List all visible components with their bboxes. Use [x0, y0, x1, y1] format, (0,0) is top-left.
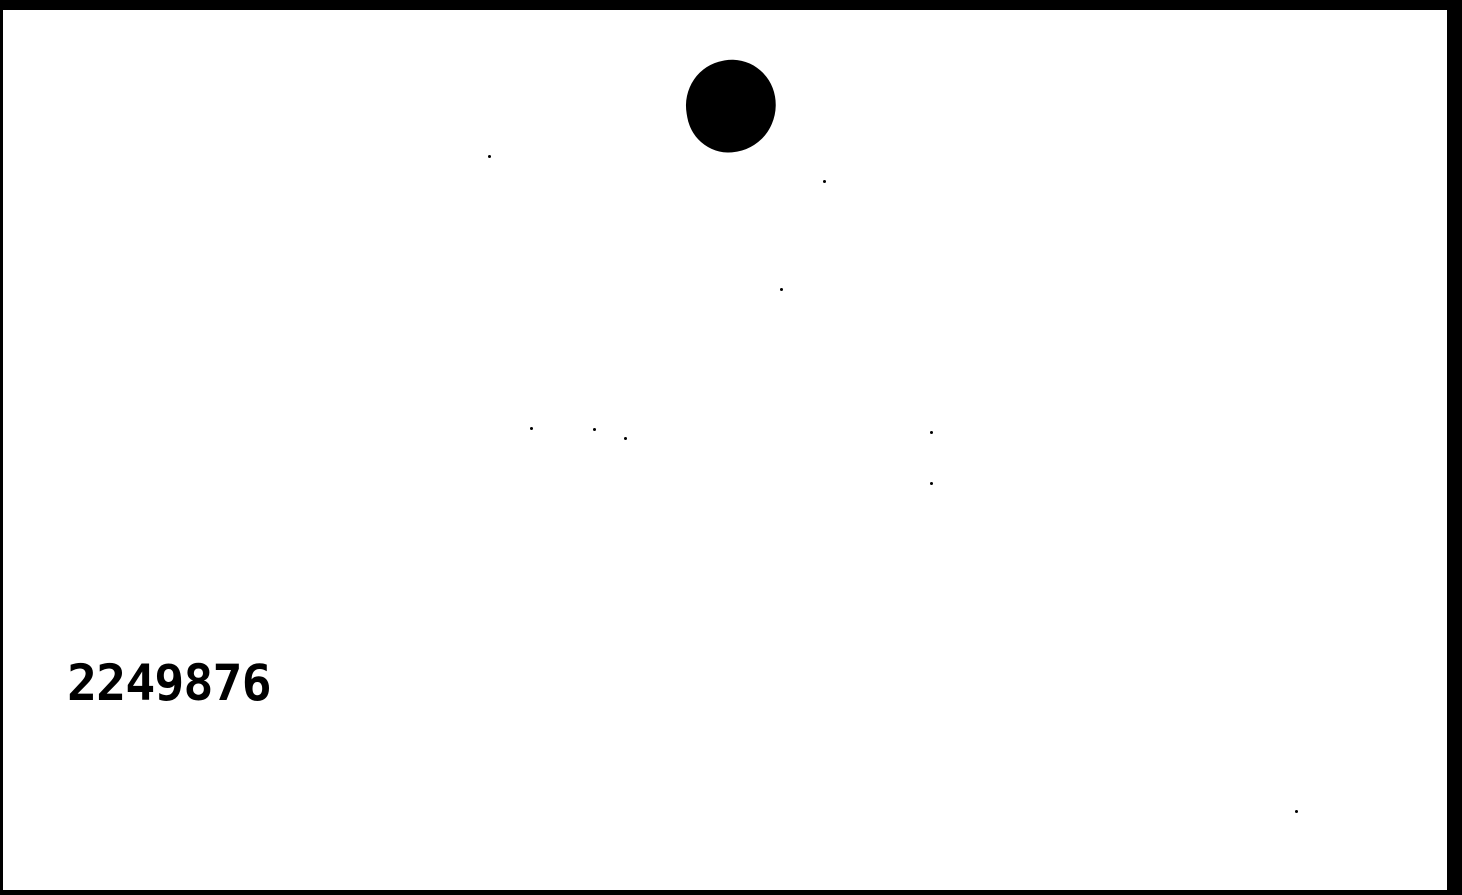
card-number: 2249876 — [67, 658, 271, 708]
scanned-card: 2249876 — [3, 10, 1447, 890]
punch-hole — [679, 53, 784, 159]
